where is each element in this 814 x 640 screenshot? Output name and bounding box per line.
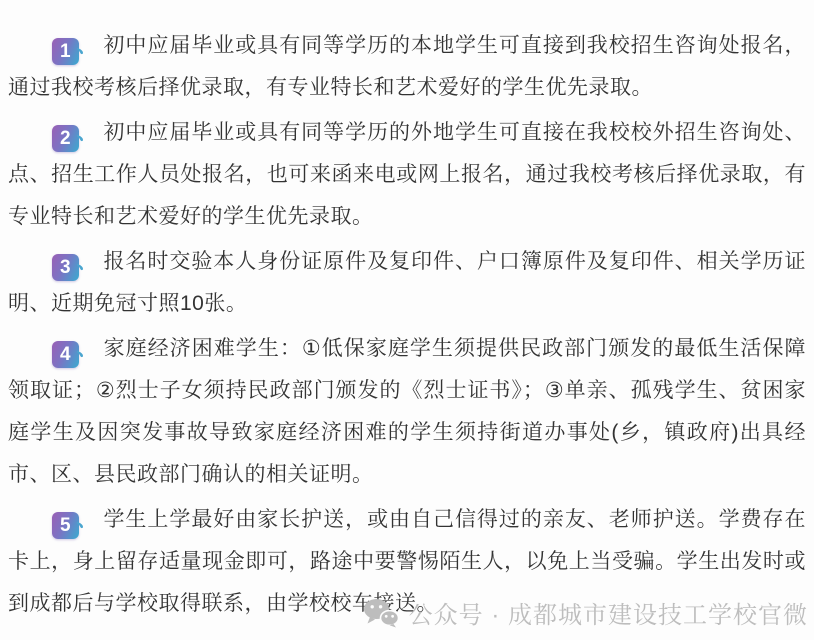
official-account-watermark: 公众号 · 成都城市建设技工学校官微 (363, 595, 808, 630)
item-number-comma: 、 (76, 508, 98, 531)
item-text: 家庭经济困难学生：①低保家庭学生须提供民政部门颁发的最低生活保障领取证；②烈士子… (8, 337, 806, 486)
item-text: 初中应届毕业或具有同等学历的本地学生可直接到我校招生咨询处报名，通过我校考核后择… (8, 34, 806, 99)
list-item: 4、家庭经济困难学生：①低保家庭学生须提供民政部门颁发的最低生活保障领取证；②烈… (8, 328, 806, 496)
item-text: 初中应届毕业或具有同等学历的外地学生可直接在我校校外招生咨询处、点、招生工作人员… (8, 121, 806, 228)
item-number-badge: 5 (52, 512, 79, 539)
wechat-icon (363, 598, 399, 628)
item-number-badge: 3 (52, 254, 79, 281)
list-item: 3、报名时交验本人身份证原件及复印件、户口簿原件及复印件、相关学历证明、近期免冠… (8, 241, 806, 325)
official-account-label: 公众号 · 成都城市建设技工学校官微 (409, 595, 808, 630)
list-item: 2、初中应届毕业或具有同等学历的外地学生可直接在我校校外招生咨询处、点、招生工作… (8, 112, 806, 238)
article-body: 1、初中应届毕业或具有同等学历的本地学生可直接到我校招生咨询处报名，通过我校考核… (0, 0, 814, 625)
item-text: 报名时交验本人身份证原件及复印件、户口簿原件及复印件、相关学历证明、近期免冠寸照… (8, 250, 806, 315)
item-number-comma: 、 (76, 34, 98, 57)
item-number-badge: 4 (52, 341, 79, 368)
list-item: 1、初中应届毕业或具有同等学历的本地学生可直接到我校招生咨询处报名，通过我校考核… (8, 25, 806, 109)
item-number-comma: 、 (76, 250, 98, 273)
item-number-comma: 、 (76, 121, 98, 144)
item-number-comma: 、 (76, 337, 99, 360)
item-number-badge: 1 (52, 38, 79, 65)
item-number-badge: 2 (52, 125, 79, 152)
